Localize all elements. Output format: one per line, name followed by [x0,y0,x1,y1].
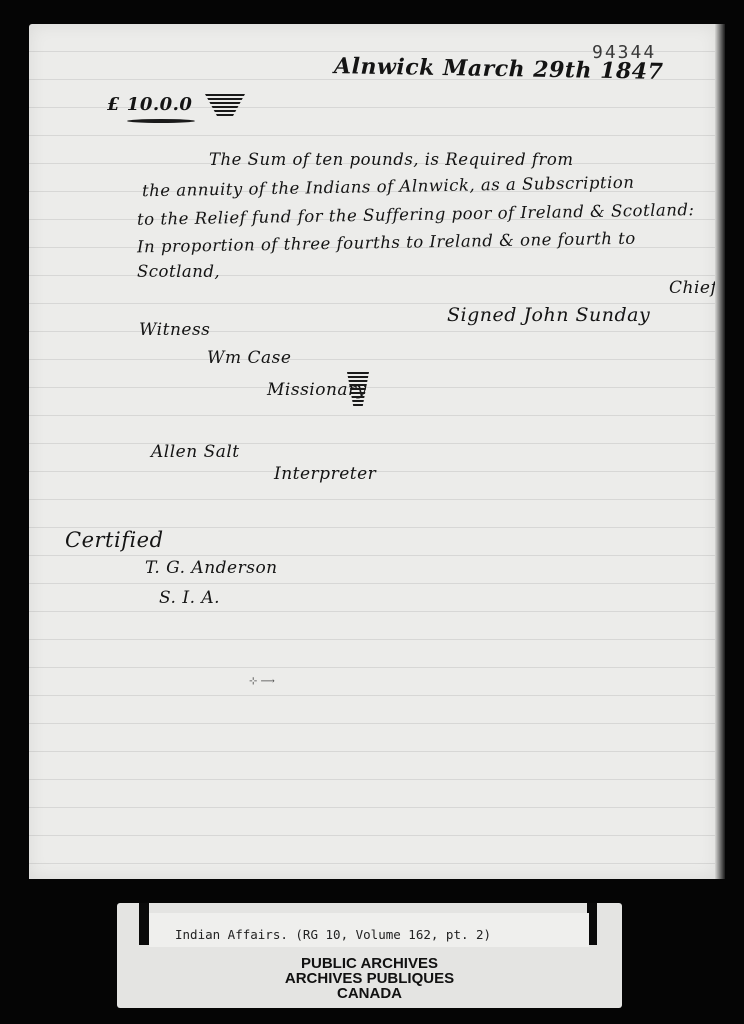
body-line-3: to the Relief fund for the Suffering poo… [137,200,695,229]
interpreter-name: Allen Salt [151,442,240,462]
archive-label-card: Indian Affairs. (RG 10, Volume 162, pt. … [117,903,622,1008]
amount-flourish-icon [205,94,245,116]
archive-reference: Indian Affairs. (RG 10, Volume 162, pt. … [175,927,491,942]
agency-line-3: CANADA [117,986,622,1001]
body-line-2: the annuity of the Indians of Alnwick, a… [142,173,635,201]
dateline: Alnwick March 29th 1847 [334,53,664,85]
stray-mark: ⊹ ⟶ [249,676,275,687]
interpreter-role: Interpreter [274,464,376,484]
amount: £ 10.0.0 [107,94,192,115]
certifier-name: T. G. Anderson [145,558,278,578]
witness-label: Witness [139,320,210,340]
body-line-4: In proportion of three fourths to Irelan… [137,229,636,257]
body-line-5: Scotland, [137,262,220,281]
certifier-title: S. I. A. [159,588,220,608]
signed-line: Signed John Sunday [447,304,650,326]
body-line-1: The Sum of ten pounds, is Required from [209,150,573,169]
document-page: 94344 Alnwick March 29th 1847 £ 10.0.0 T… [29,24,717,879]
witness-name: Wm Case [207,348,291,368]
agency-line-1: PUBLIC ARCHIVES [117,956,622,971]
signature-title: Chief [669,278,717,298]
amount-underline [127,119,195,123]
label-notch-left [139,903,149,945]
agency-line-2: ARCHIVES PUBLIQUES [117,971,622,986]
certified-label: Certified [65,528,164,552]
